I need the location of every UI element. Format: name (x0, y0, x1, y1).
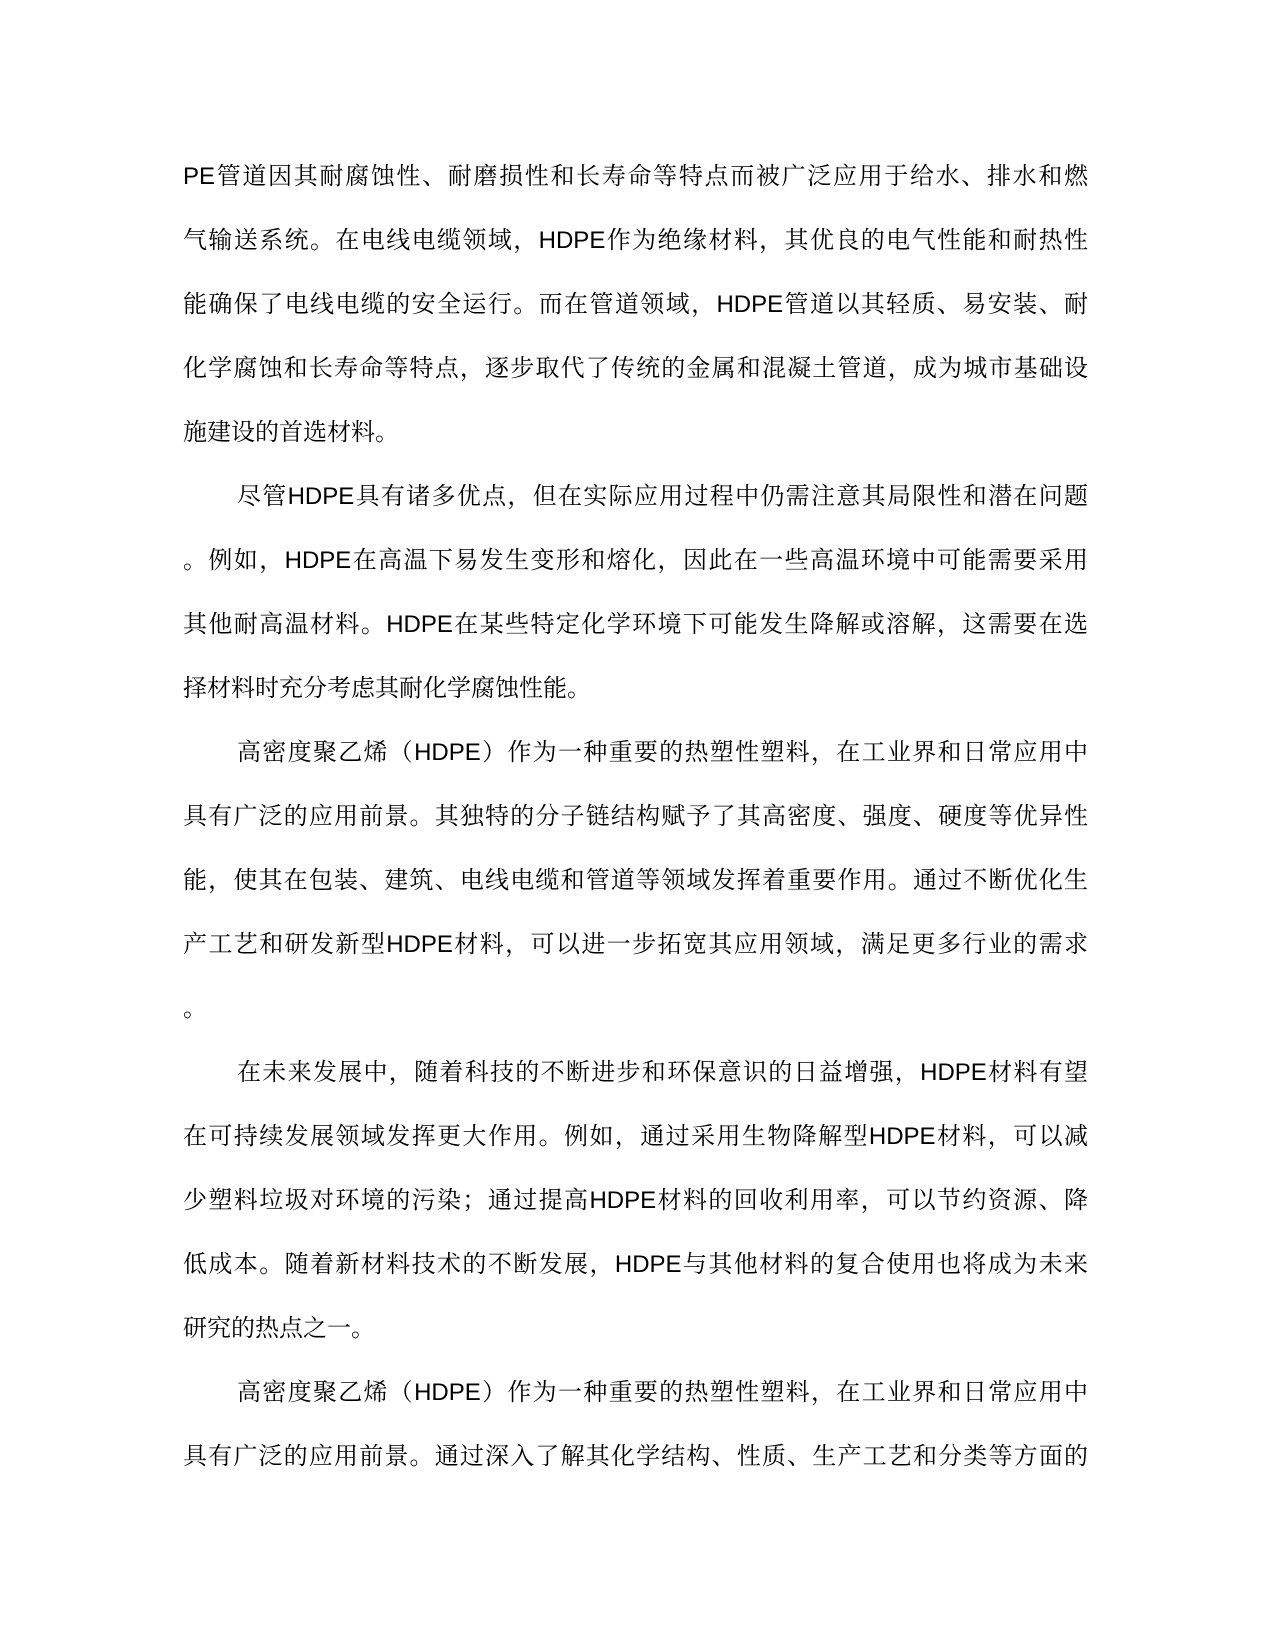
text-line: 。 (183, 977, 1088, 1041)
text-line: 能确保了电线电缆的安全运行。而在管道领域，HDPE管道以其轻质、易安装、耐 (183, 273, 1088, 337)
text-block: PE管道因其耐腐蚀性、耐磨损性和长寿命等特点而被广泛应用于给水、排水和燃 气输送… (183, 145, 1088, 1489)
text-line: 研究的热点之一。 (183, 1297, 1088, 1361)
text-line: 其他耐高温材料。HDPE在某些特定化学环境下可能发生降解或溶解，这需要在选 (183, 593, 1088, 657)
text-line: 高密度聚乙烯（HDPE）作为一种重要的热塑性塑料，在工业界和日常应用中 (183, 721, 1088, 785)
text-line: 低成本。随着新材料技术的不断发展，HDPE与其他材料的复合使用也将成为未来 (183, 1233, 1088, 1297)
text-line: 化学腐蚀和长寿命等特点，逐步取代了传统的金属和混凝土管道，成为城市基础设 (183, 337, 1088, 401)
text-line: 施建设的首选材料。 (183, 401, 1088, 465)
text-line: PE管道因其耐腐蚀性、耐磨损性和长寿命等特点而被广泛应用于给水、排水和燃 (183, 145, 1088, 209)
text-line: 具有广泛的应用前景。通过深入了解其化学结构、性质、生产工艺和分类等方面的 (183, 1425, 1088, 1489)
text-line: 能，使其在包装、建筑、电线电缆和管道等领域发挥着重要作用。通过不断优化生 (183, 849, 1088, 913)
text-line: 少塑料垃圾对环境的污染；通过提高HDPE材料的回收利用率，可以节约资源、降 (183, 1169, 1088, 1233)
text-line: 产工艺和研发新型HDPE材料，可以进一步拓宽其应用领域，满足更多行业的需求 (183, 913, 1088, 977)
text-line: 。例如，HDPE在高温下易发生变形和熔化，因此在一些高温环境中可能需要采用 (183, 529, 1088, 593)
text-line: 具有广泛的应用前景。其独特的分子链结构赋予了其高密度、强度、硬度等优异性 (183, 785, 1088, 849)
document-page: PE管道因其耐腐蚀性、耐磨损性和长寿命等特点而被广泛应用于给水、排水和燃 气输送… (0, 0, 1275, 1650)
text-line: 气输送系统。在电线电缆领域，HDPE作为绝缘材料，其优良的电气性能和耐热性 (183, 209, 1088, 273)
text-line: 在可持续发展领域发挥更大作用。例如，通过采用生物降解型HDPE材料，可以减 (183, 1105, 1088, 1169)
text-line: 尽管HDPE具有诸多优点，但在实际应用过程中仍需注意其局限性和潜在问题 (183, 465, 1088, 529)
text-line: 在未来发展中，随着科技的不断进步和环保意识的日益增强，HDPE材料有望 (183, 1041, 1088, 1105)
text-line: 择材料时充分考虑其耐化学腐蚀性能。 (183, 657, 1088, 721)
text-line: 高密度聚乙烯（HDPE）作为一种重要的热塑性塑料，在工业界和日常应用中 (183, 1361, 1088, 1425)
